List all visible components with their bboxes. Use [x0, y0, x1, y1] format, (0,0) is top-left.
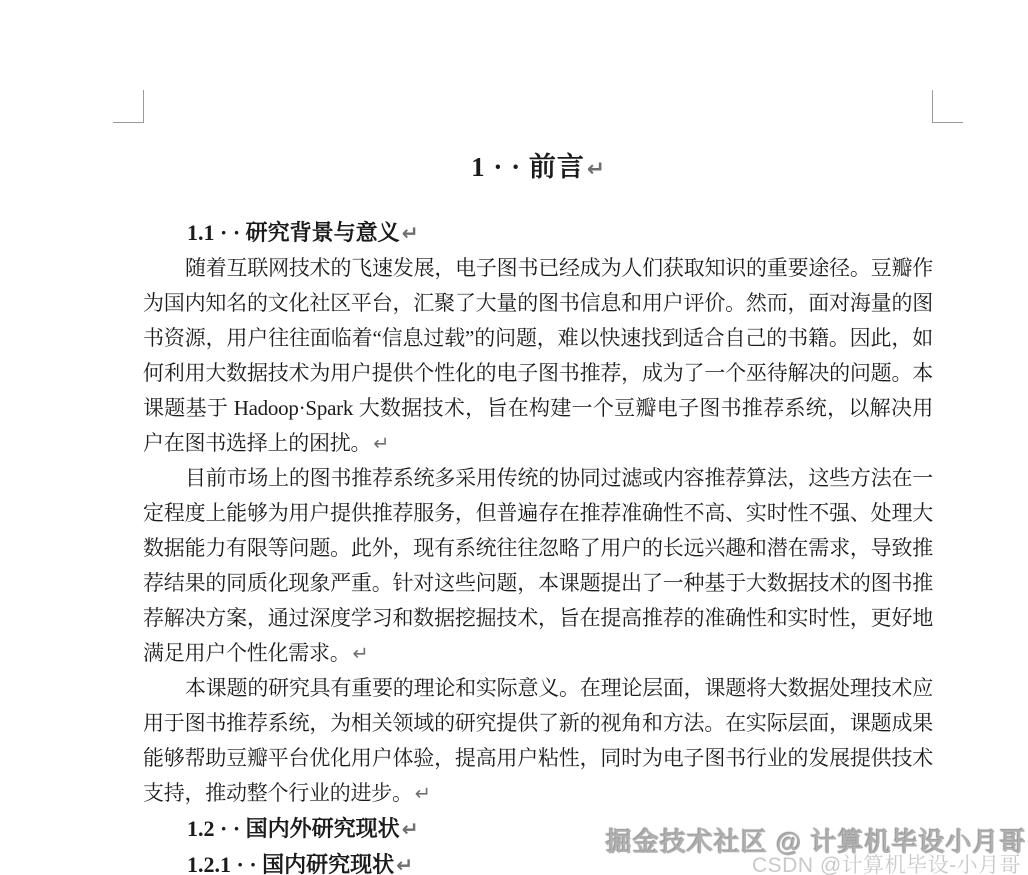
section-heading-1-1-text: 1.1 · · 研究背景与意义: [187, 220, 400, 245]
section-heading-1-2-text: 1.2 · · 国内外研究现状: [187, 816, 400, 841]
body-paragraph: 目前市场上的图书推荐系统多采用传统的协同过滤或内容推荐算法，这些方法在一定程度上…: [143, 461, 933, 671]
document-page: 1 · · 前言↵ 1.1 · · 研究背景与意义↵ 随着互联网技术的飞速发展，…: [0, 0, 1028, 875]
watermark-csdn: CSDN @计算机毕设-小月哥: [752, 849, 1021, 875]
chapter-title: 1 · · 前言↵: [143, 146, 933, 191]
text-boundary-mark-top-right: [932, 90, 963, 123]
paragraph-mark-icon: ↵: [400, 817, 419, 841]
paragraph-mark-icon: ↵: [371, 432, 389, 455]
body-paragraph-text: 目前市场上的图书推荐系统多采用传统的协同过滤或内容推荐算法，这些方法在一定程度上…: [143, 466, 933, 665]
body-paragraph: 随着互联网技术的飞速发展，电子图书已经成为人们获取知识的重要途径。豆瓣作为国内知…: [143, 251, 933, 461]
paragraph-mark-icon: ↵: [351, 642, 369, 665]
paragraph-mark-icon: ↵: [400, 221, 419, 245]
document-body: 1 · · 前言↵ 1.1 · · 研究背景与意义↵ 随着互联网技术的飞速发展，…: [143, 146, 933, 875]
paragraph-mark-icon: ↵: [585, 157, 605, 182]
paragraph-mark-icon: ↵: [413, 782, 431, 805]
body-paragraph: 本课题的研究具有重要的理论和实际意义。在理论层面，课题将大数据处理技术应用于图书…: [143, 671, 933, 811]
section-heading-1-2-1-text: 1.2.1 · · 国内研究现状: [187, 852, 394, 875]
chapter-title-text: 1 · · 前言: [471, 152, 585, 182]
paragraph-mark-icon: ↵: [394, 853, 413, 875]
body-paragraph-text: 本课题的研究具有重要的理论和实际意义。在理论层面，课题将大数据处理技术应用于图书…: [143, 676, 933, 805]
body-paragraph-text: 随着互联网技术的飞速发展，电子图书已经成为人们获取知识的重要途径。豆瓣作为国内知…: [143, 256, 933, 455]
section-heading-1-1: 1.1 · · 研究背景与意义↵: [143, 215, 933, 251]
text-boundary-mark-top-left: [113, 90, 144, 123]
